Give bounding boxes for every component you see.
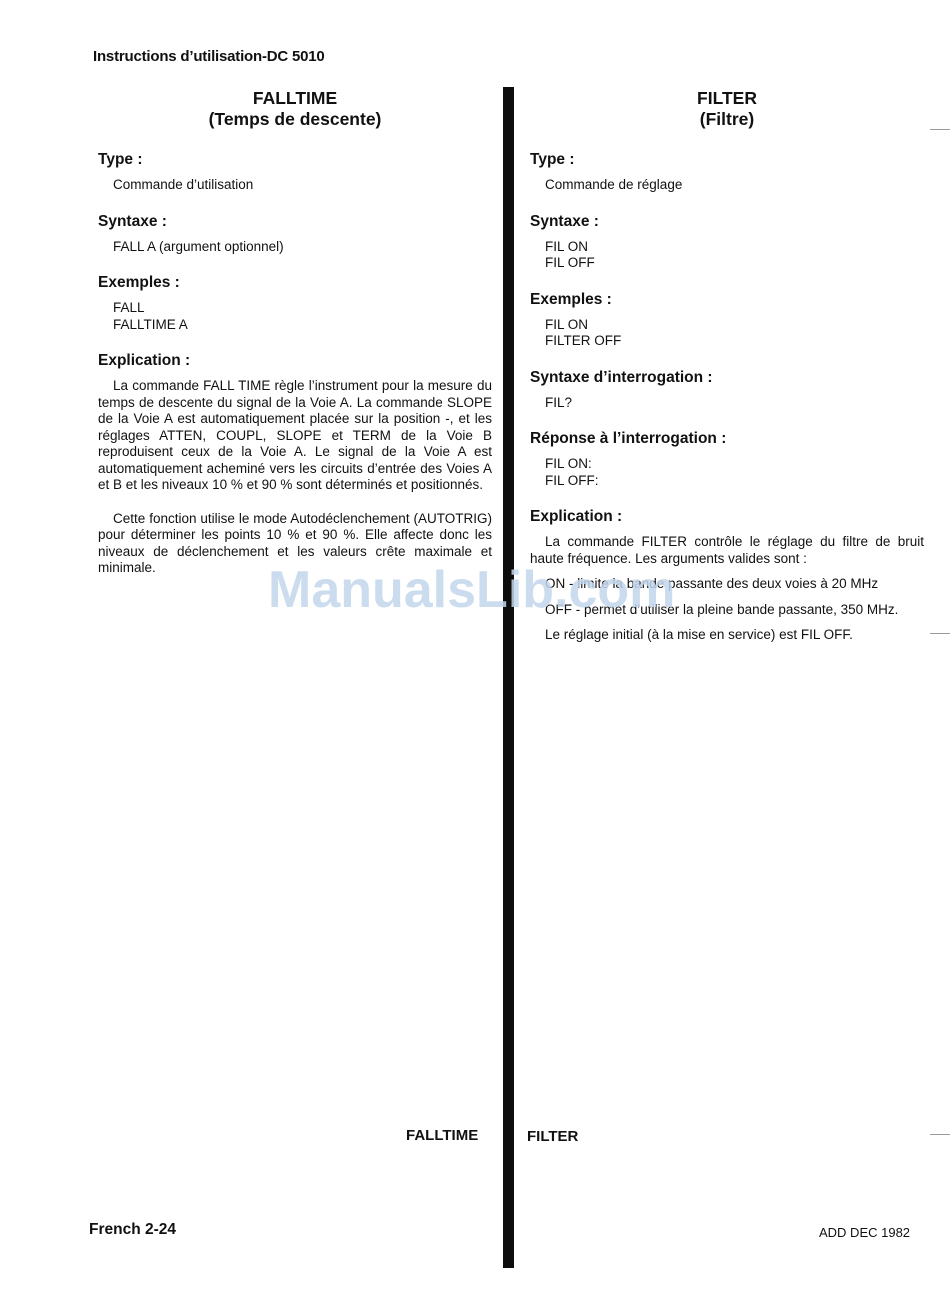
example-line: FALLTIME A [113,317,492,334]
type-heading: Type : [530,150,924,170]
filter-subtitle: (Filtre) [530,109,924,130]
examples-heading: Exemples : [530,290,924,310]
explanation-paragraph: Cette fonction utilise le mode Autodécle… [98,511,492,577]
query-response-heading: Réponse à l’interrogation : [530,429,924,449]
falltime-title: FALLTIME [98,88,492,109]
argument-on-description: ON - limite la bande passante des deux v… [530,576,924,593]
filter-column: FILTER (Filtre) Type : Commande de régla… [530,88,924,644]
footer-right-section-label: FILTER [527,1128,578,1145]
type-value: Commande d’utilisation [98,177,492,194]
query-syntax-heading: Syntaxe d’interrogation : [530,368,924,388]
column-divider-bar [503,87,514,1268]
margin-mark [930,1134,950,1135]
example-line: FALL [113,300,492,317]
example-line: FIL ON [545,317,924,334]
examples-heading: Exemples : [98,273,492,293]
margin-mark [930,129,950,130]
examples-list: FIL ON FILTER OFF [530,317,924,350]
syntax-list: FIL ON FIL OFF [530,239,924,272]
explanation-heading: Explication : [98,351,492,371]
falltime-column: FALLTIME (Temps de descente) Type : Comm… [98,88,492,577]
query-response-list: FIL ON: FIL OFF: [530,456,924,489]
type-value: Commande de réglage [530,177,924,194]
page-number: French 2-24 [89,1221,176,1239]
syntax-heading: Syntaxe : [98,212,492,232]
example-line: FILTER OFF [545,333,924,350]
response-line: FIL ON: [545,456,924,473]
argument-off-description: OFF - permet d’utiliser la pleine bande … [530,602,924,619]
type-heading: Type : [98,150,492,170]
syntax-value: FALL A (argument optionnel) [98,239,492,256]
syntax-line: FIL OFF [545,255,924,272]
syntax-line: FIL ON [545,239,924,256]
footer-left-section-label: FALLTIME [406,1127,478,1144]
response-line: FIL OFF: [545,473,924,490]
revision-date: ADD DEC 1982 [819,1225,910,1240]
examples-list: FALL FALLTIME A [98,300,492,333]
margin-mark [930,633,950,634]
query-syntax-value: FIL? [530,395,924,412]
explanation-heading: Explication : [530,507,924,527]
explanation-paragraph: La commande FALL TIME règle l’instrument… [98,378,492,494]
initial-setting-note: Le réglage initial (à la mise en service… [530,627,924,644]
page-header: Instructions d’utilisation-DC 5010 [93,48,325,65]
syntax-heading: Syntaxe : [530,212,924,232]
explanation-paragraph: La commande FILTER contrôle le réglage d… [530,534,924,567]
filter-title: FILTER [530,88,924,109]
falltime-subtitle: (Temps de descente) [98,109,492,130]
